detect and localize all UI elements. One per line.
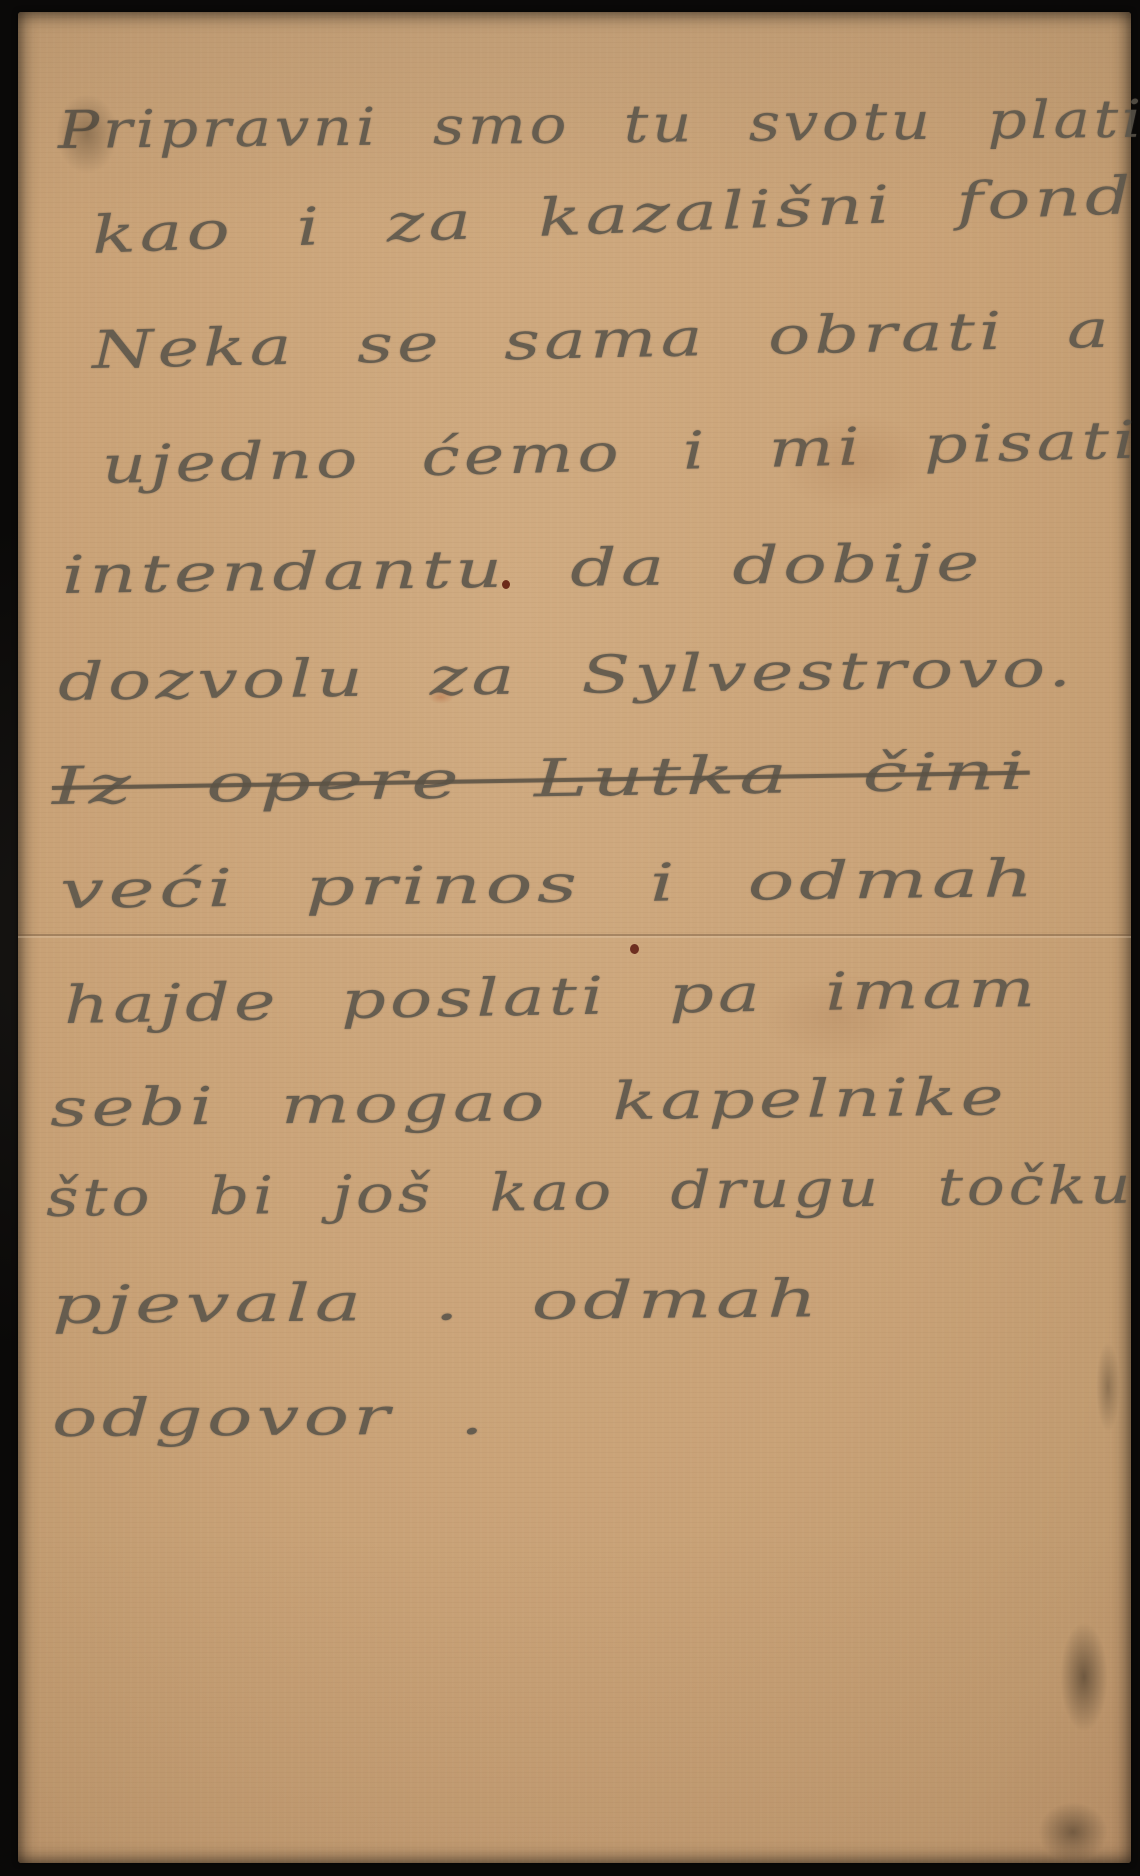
handwritten-line-2: kao i za kazališni fond — [91, 165, 1136, 267]
stain — [1038, 1802, 1108, 1862]
handwritten-line-12: pjevala . odmah — [52, 1268, 822, 1337]
handwritten-line-7-crossed-out: Iz opere Lutka čini — [52, 741, 1031, 819]
handwritten-line-8: veći prinos i odmah — [60, 848, 1038, 922]
handwritten-line-1: Pripravni smo tu svotu platiti — [58, 88, 1140, 162]
handwritten-line-10: sebi mogao kapelnike — [50, 1066, 1009, 1140]
stain — [1096, 1342, 1120, 1432]
handwritten-line-13: odgovor . — [52, 1386, 488, 1451]
letter-page: Pripravni smo tu svotu platiti kao i za … — [18, 12, 1131, 1863]
handwritten-line-6: dozvolu za Sylvestrovo. — [58, 638, 1076, 715]
stain — [1060, 1622, 1108, 1732]
handwritten-line-4: ujedno ćemo i mi pisati — [101, 410, 1139, 498]
handwritten-line-3: Neka se sama obrati a — [91, 299, 1113, 383]
handwritten-line-5: intendantu da dobije — [62, 532, 984, 607]
handwritten-line-11: što bi još kao drugu točku — [46, 1155, 1135, 1231]
fold-crease — [18, 934, 1131, 938]
handwritten-line-9: hajde poslati pa imam — [63, 958, 1039, 1037]
scan-background: Pripravni smo tu svotu platiti kao i za … — [0, 0, 1140, 1876]
stain — [630, 944, 639, 954]
